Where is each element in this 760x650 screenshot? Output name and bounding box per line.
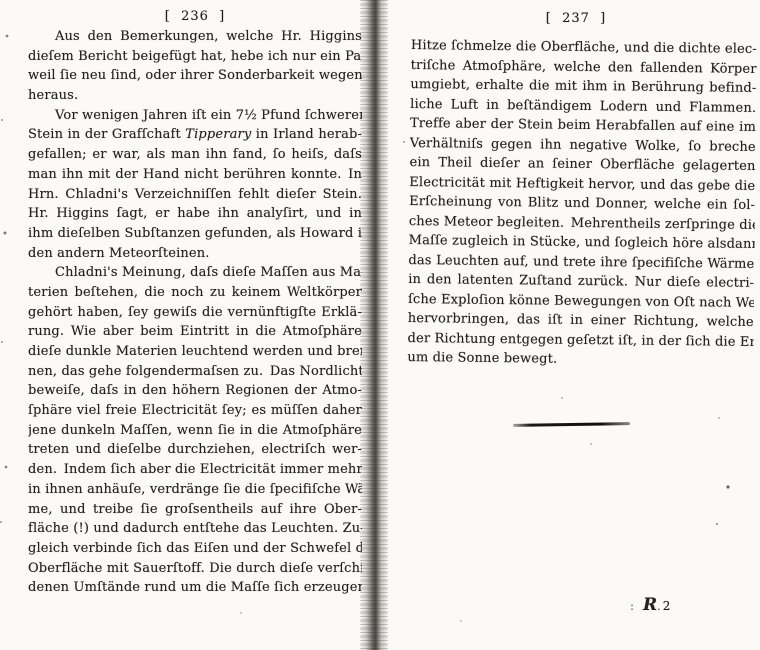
signature-letter: R xyxy=(643,595,657,615)
text-line: den. Indem ſich aber die Electricität im… xyxy=(28,460,362,480)
text-line: man ihn mit der Hand nicht berühren konn… xyxy=(28,165,362,185)
text-line: dieſem Bericht beigefügt hat, hebe ich n… xyxy=(28,47,362,67)
text-line: gehört haben, ſey gewiſs die vernünftigſ… xyxy=(28,303,362,323)
text-line: denen Umſtände rund um die Maſſe ſich er… xyxy=(28,578,362,598)
text-line: Chladni's Meinung, daſs dieſe Maſſen aus… xyxy=(28,263,362,283)
text-line: in ihnen anhäuſe, verdränge ſie die ſpec… xyxy=(28,480,362,500)
text-line: Stein in der Grafſchaft Tipperary in Irl… xyxy=(28,125,362,145)
text-line: rung. Wie aber beim Eintritt in die Atmo… xyxy=(28,322,362,342)
text-line: me, und treibe ſie groſsentheils auf ihr… xyxy=(28,500,362,520)
text-line: Oberfläche mit Sauerſtoff. Die durch die… xyxy=(28,559,362,579)
text-line: ihm dieſelben Subſtanzen gefunden, als H… xyxy=(28,224,362,244)
text-line: Hrn. Chladni's Verzeichniſſen fehlt dieſ… xyxy=(28,185,362,205)
text-line: jene dunkeln Maſſen, wenn ſie in die Atm… xyxy=(28,421,362,441)
text-line: nen, das gehe folgendermaſsen zu. Das No… xyxy=(28,362,362,382)
text-line: dieſe dunkle Materien leuchtend werden u… xyxy=(28,342,362,362)
signature-dot: . xyxy=(657,600,661,613)
text-line: fläche (!) und dadurch entſtehe das Leuc… xyxy=(28,519,362,539)
text-line: weil ſie neu ſind, oder ihrer Sonderbark… xyxy=(28,66,362,86)
text-line: terien beſtehen, die noch zu keinem Welt… xyxy=(28,283,362,303)
page-gutter-shadow xyxy=(360,0,388,650)
book-scan: [ 236 ] Aus den Bemerkungen, welche Hr. … xyxy=(0,0,760,650)
text-line: Vor wenigen Jahren iſt ein 7½ Pfund ſchw… xyxy=(28,106,362,126)
signature-number: 2 xyxy=(663,599,671,613)
text-line: den andern Meteorſteinen. xyxy=(28,244,362,264)
scan-speckle-noise xyxy=(0,0,2,2)
text-line: beweiſe, daſs in den höhern Regionen der… xyxy=(28,381,362,401)
page-number-right: [ 237 ] xyxy=(411,11,741,26)
right-page-text: Hitze ſchmelze die Oberfläche, und die d… xyxy=(407,36,757,371)
text-line: ſphäre viel freie Electricität ſey; es m… xyxy=(28,401,362,421)
section-divider-rule xyxy=(513,422,630,426)
text-line: um die Sonne bewegt. xyxy=(407,348,753,371)
text-line: Hr. Higgins ſagt, er habe ihn analyſirt,… xyxy=(28,204,362,224)
signature-mark: :R.2 xyxy=(630,595,670,615)
signature-prefix: : xyxy=(630,599,634,613)
text-line: Aus den Bemerkungen, welche Hr. Higgins xyxy=(28,27,362,47)
text-line: treten und dieſelbe durchziehen, electri… xyxy=(28,440,362,460)
left-page-text: Aus den Bemerkungen, welche Hr. Higginsd… xyxy=(28,27,362,598)
text-line: gleich verbinde ſich das Eiſen und der S… xyxy=(28,539,362,559)
text-line: heraus. xyxy=(28,86,362,106)
text-line: gefallen; er war, als man ihn fand, ſo h… xyxy=(28,145,362,165)
page-number-left: [ 236 ] xyxy=(28,9,362,24)
